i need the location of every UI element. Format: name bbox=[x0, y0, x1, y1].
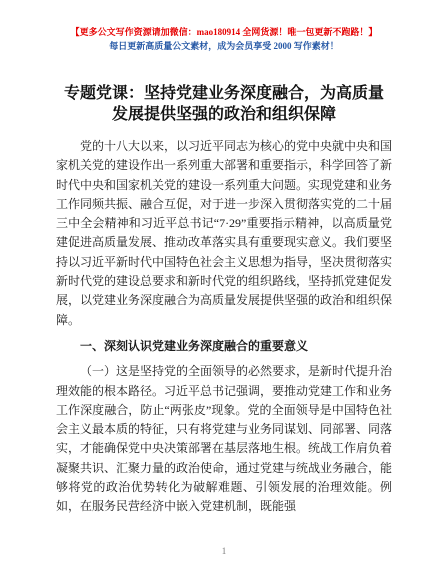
promo-header: 【更多公文写作资源请加微信：mao180914 全网货源！唯一包更新不跑路！】 … bbox=[0, 0, 448, 53]
paragraph-section-1-item-1: （一）这是坚持党的全面领导的必然要求，是新时代提升治理效能的根本路径。习近平总书… bbox=[56, 362, 392, 516]
page-number: 1 bbox=[0, 546, 448, 556]
section-heading-1: 一、深刻认识党建业务深度融合的重要意义 bbox=[56, 337, 392, 356]
document-title: 专题党课：坚持党建业务深度融合，为高质量发展提供坚强的政治和组织保障 bbox=[58, 83, 390, 125]
paragraph-intro: 党的十八大以来，以习近平同志为核心的党中央就中央和国家机关党的建设作出一系列重大… bbox=[56, 137, 392, 330]
document-body: 党的十八大以来，以习近平同志为核心的党中央就中央和国家机关党的建设作出一系列重大… bbox=[0, 137, 448, 517]
promo-line-1: 【更多公文写作资源请加微信：mao180914 全网货源！唯一包更新不跑路！】 bbox=[0, 25, 448, 39]
document-page: 【更多公文写作资源请加微信：mao180914 全网货源！唯一包更新不跑路！】 … bbox=[0, 0, 448, 580]
promo-line-2: 每日更新高质量公文素材，成为会员享受 2000 写作素材！ bbox=[0, 39, 448, 53]
